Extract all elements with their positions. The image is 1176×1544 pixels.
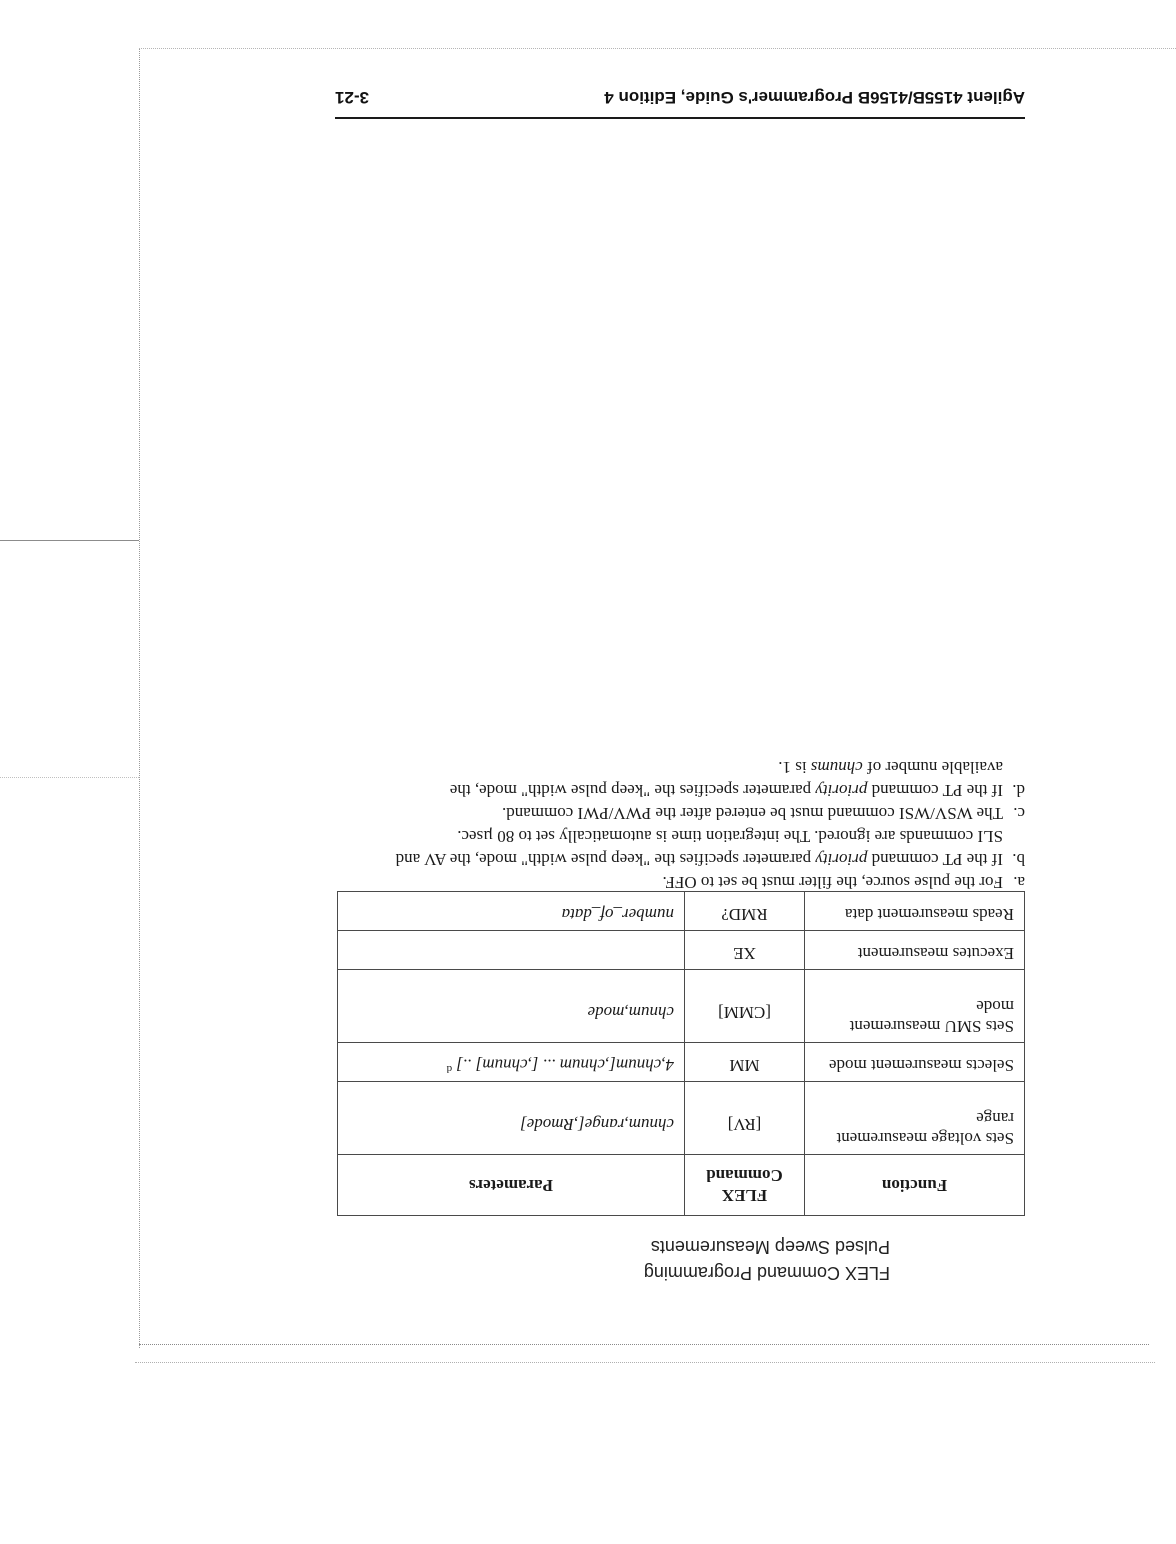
cell-command: XE (685, 931, 805, 970)
header-parameters: Parameters (338, 1155, 685, 1216)
footnote: b.If the PT command priority parameter s… (385, 825, 1025, 871)
section-title: Pulsed Sweep Measurements (644, 1234, 890, 1260)
parameters-text: 4,chnum[,chnum ... [,chnum] ..] (456, 1055, 674, 1074)
cell-command: MM (685, 1043, 805, 1082)
footnote-letter: b. (1012, 848, 1025, 871)
footnote-emphasis: priority (815, 781, 867, 800)
document-page: FLEX Command Programming Pulsed Sweep Me… (140, 49, 1176, 1344)
scan-border-bottom-outer (135, 1362, 1155, 1363)
cell-command: [RV] (685, 1082, 805, 1155)
table-row: Executes measurement XE (338, 931, 1025, 970)
scan-border-bottom (139, 1344, 1149, 1345)
footnote-text: If the PT command (867, 850, 1003, 869)
footer-rule (335, 117, 1025, 119)
page-footer: Agilent 4155B/4156B Programmer's Guide, … (335, 69, 1025, 119)
scan-artifact-line (0, 540, 139, 541)
footnote-text: is 1. (778, 758, 811, 777)
cell-parameters: 4,chnum[,chnum ... [,chnum] ..] d (338, 1043, 685, 1082)
table-row: Reads measurement data RMD? number_of_da… (338, 892, 1025, 931)
cell-function: Selects measurement mode (805, 1043, 1025, 1082)
header-function: Function (805, 1155, 1025, 1216)
table-row: Sets SMU measurement mode [CMM] chnum,mo… (338, 970, 1025, 1043)
cell-function: Sets SMU measurement mode (805, 970, 1025, 1043)
header-flex-line1: FLEX (695, 1185, 794, 1205)
footnote-letter: c. (1013, 802, 1025, 825)
scan-artifact-line (0, 777, 139, 778)
footnote-emphasis: priority (815, 850, 867, 869)
cell-parameters (338, 931, 685, 970)
footnote: d.If the PT command priority parameter s… (385, 756, 1025, 802)
chapter-title: FLEX Command Programming (644, 1260, 890, 1286)
footnote-text: If the PT command (867, 781, 1003, 800)
cell-command: [CMM] (685, 970, 805, 1043)
cell-function: Sets voltage measurement range (805, 1082, 1025, 1155)
cell-parameters: number_of_data (338, 892, 685, 931)
page-content: FLEX Command Programming Pulsed Sweep Me… (335, 49, 1025, 1344)
cell-parameters: chnum,range[,Rmode] (338, 1082, 685, 1155)
cell-function: Reads measurement data (805, 892, 1025, 931)
cell-parameters: chnum,mode (338, 970, 685, 1043)
table-row: Sets voltage measurement range [RV] chnu… (338, 1082, 1025, 1155)
page-number: 3-21 (335, 87, 369, 107)
cell-function: Executes measurement (805, 931, 1025, 970)
footnote: a.For the pulse source, the filter must … (385, 871, 1025, 894)
footnote-emphasis: chnums (811, 758, 863, 777)
footnote-text: The WSV/WSI command must be entered afte… (502, 804, 1003, 823)
header-flex-command: FLEX Command (685, 1155, 805, 1216)
footnote-text: For the pulse source, the filter must be… (663, 873, 1003, 892)
footnote-letter: a. (1013, 871, 1025, 894)
table-header-row: Function FLEX Command Parameters (338, 1155, 1025, 1216)
flex-command-table: Function FLEX Command Parameters Sets vo… (337, 891, 1025, 1216)
table-row: Selects measurement mode MM 4,chnum[,chn… (338, 1043, 1025, 1082)
cell-command: RMD? (685, 892, 805, 931)
footnote-ref: d (447, 1063, 453, 1075)
footer-title: Agilent 4155B/4156B Programmer's Guide, … (604, 87, 1025, 107)
header-flex-line2: Command (695, 1165, 794, 1185)
footnote-letter: d. (1012, 779, 1025, 802)
table-footnotes: a.For the pulse source, the filter must … (385, 756, 1025, 894)
section-header: FLEX Command Programming Pulsed Sweep Me… (644, 1234, 890, 1286)
footnote: c.The WSV/WSI command must be entered af… (385, 802, 1025, 825)
